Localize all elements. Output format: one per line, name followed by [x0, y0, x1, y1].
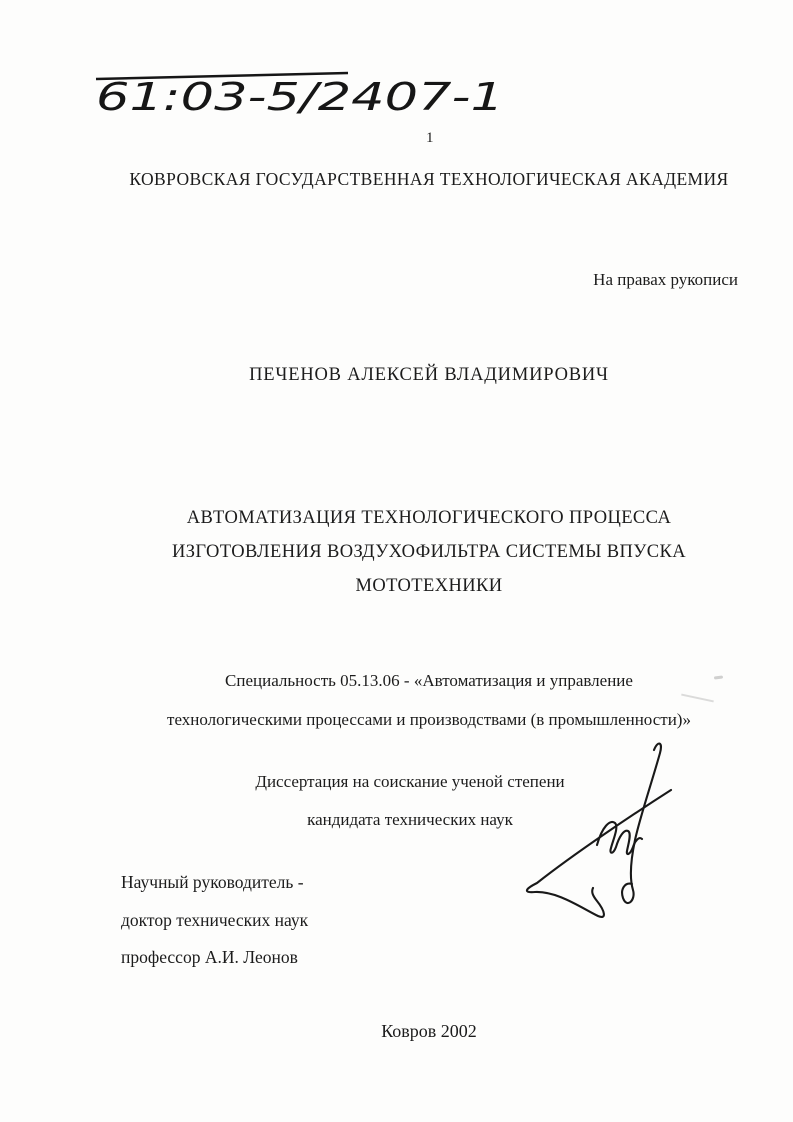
page-number-mark: 1 — [426, 130, 434, 147]
city-year: Ковров 2002 — [120, 1021, 738, 1042]
title-line: МОТОТЕХНИКИ — [120, 569, 738, 603]
dissertation-title: АВТОМАТИЗАЦИЯ ТЕХНОЛОГИЧЕСКОГО ПРОЦЕССА … — [120, 501, 738, 603]
advisor-line: доктор технических наук — [121, 902, 308, 940]
title-line: ИЗГОТОВЛЕНИЯ ВОЗДУХОФИЛЬТРА СИСТЕМЫ ВПУС… — [120, 535, 738, 569]
manuscript-note: На правах рукописи — [120, 270, 738, 290]
specialty-line: Специальность 05.13.06 - «Автоматизация … — [120, 661, 738, 700]
advisor-line: профессор А.И. Леонов — [121, 939, 308, 977]
institution-name: КОВРОВСКАЯ ГОСУДАРСТВЕННАЯ ТЕХНОЛОГИЧЕСК… — [120, 169, 738, 190]
advisor-block: Научный руководитель - доктор технически… — [121, 864, 308, 977]
handwritten-catalog-number: 61:03-5/2407-1 — [90, 64, 520, 122]
scanned-title-page: 61:03-5/2407-1 1 КОВРОВСКАЯ ГОСУДАРСТВЕН… — [0, 0, 793, 1122]
advisor-line: Научный руководитель - — [121, 864, 308, 902]
handwritten-signature-icon — [505, 735, 675, 925]
author-name: ПЕЧЕНОВ АЛЕКСЕЙ ВЛАДИМИРОВИЧ — [120, 365, 738, 386]
specialty-block: Специальность 05.13.06 - «Автоматизация … — [120, 661, 738, 739]
title-line: АВТОМАТИЗАЦИЯ ТЕХНОЛОГИЧЕСКОГО ПРОЦЕССА — [120, 501, 738, 535]
catalog-number-text: 61:03-5/2407-1 — [96, 75, 504, 119]
specialty-line: технологическими процессами и производст… — [120, 700, 738, 739]
